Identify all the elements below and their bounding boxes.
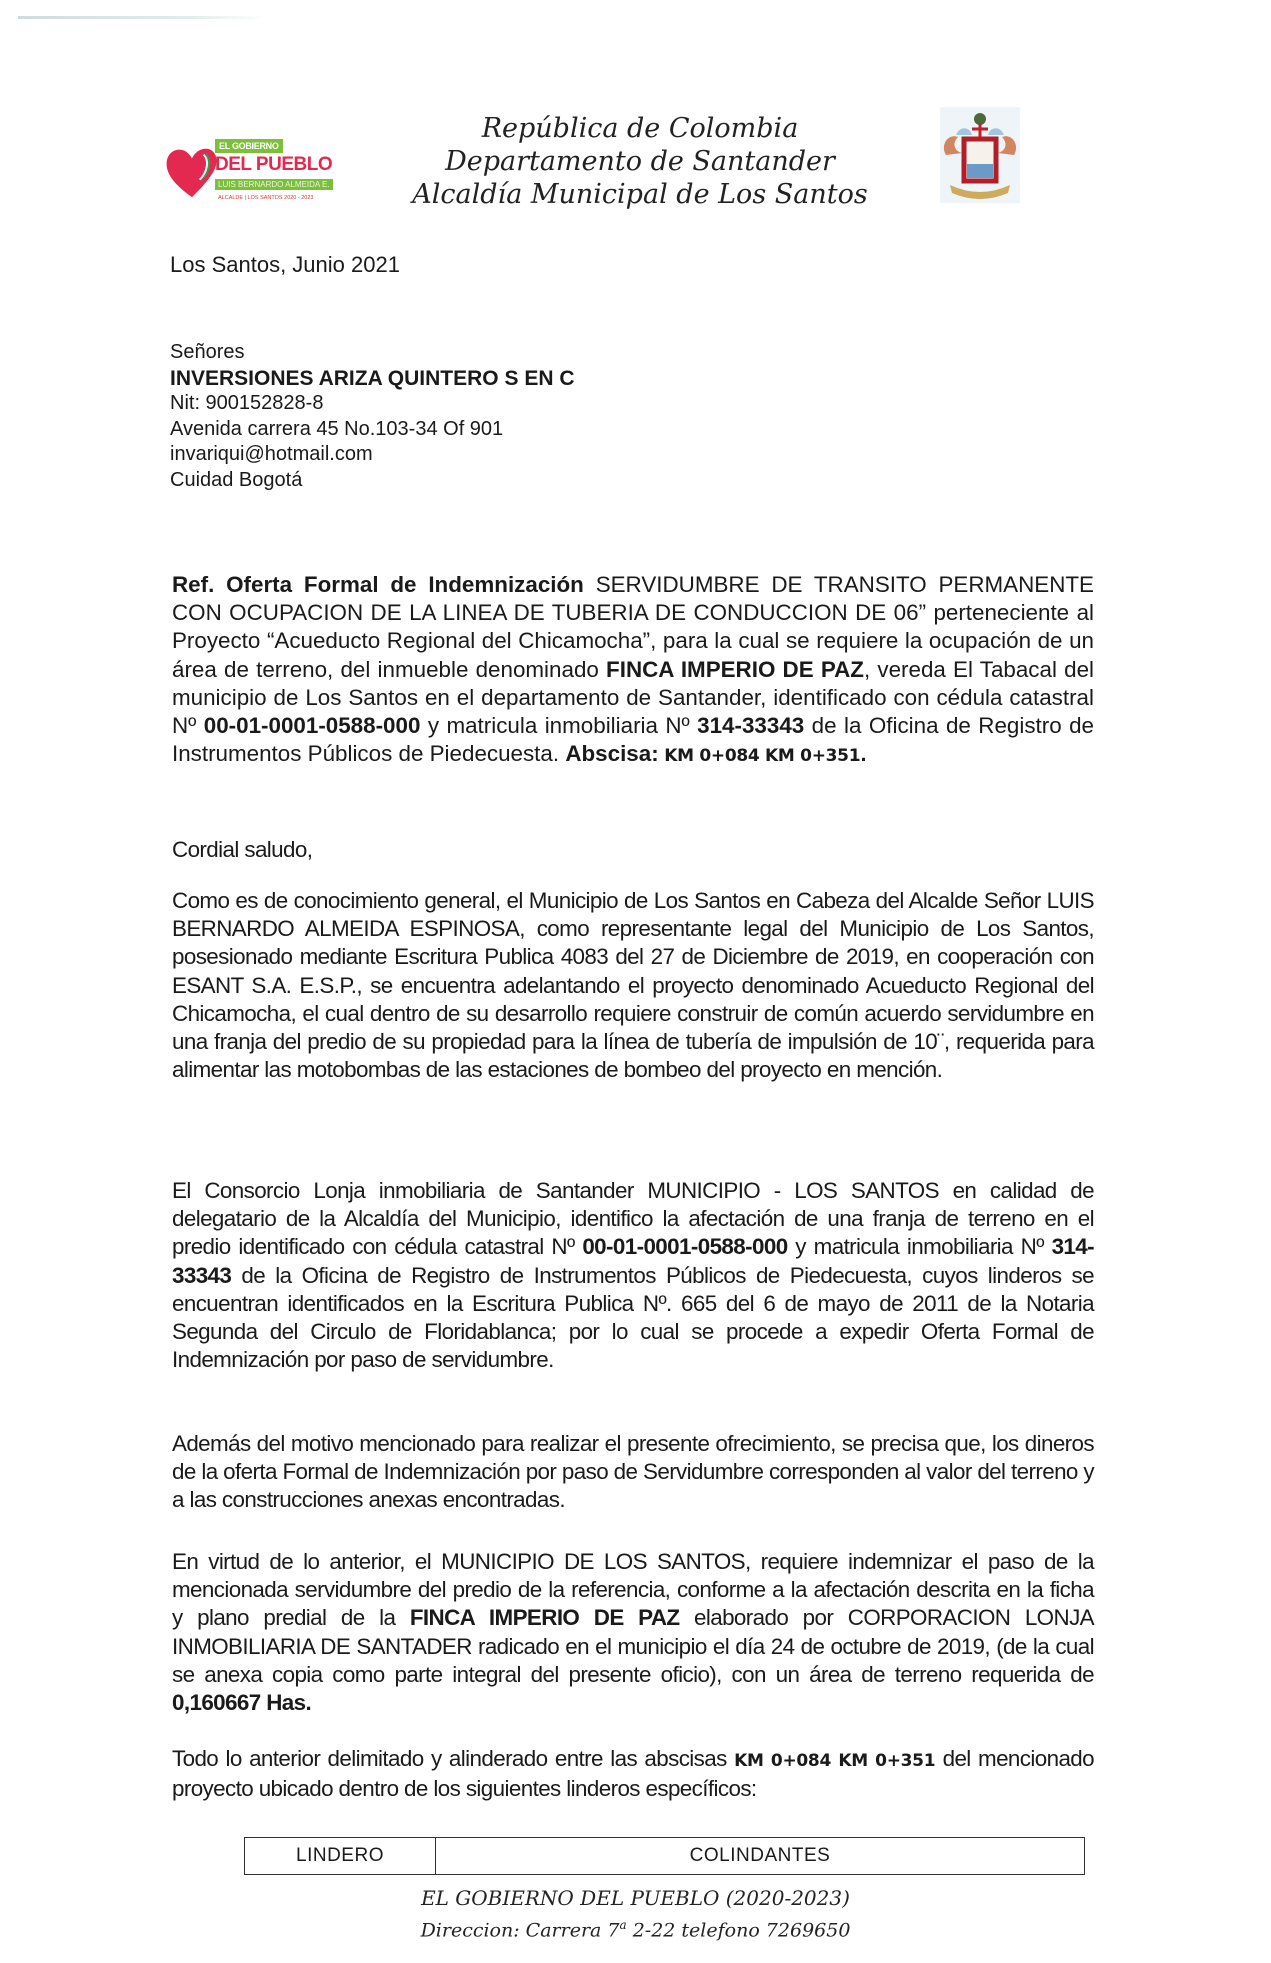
cadastral-number: 00-01-0001-0588-000 [582,1234,787,1259]
paragraph-text: Todo lo anterior delimitado y alinderado… [172,1746,734,1771]
matricula-number: 314-33343 [697,713,804,738]
logo-mayor-name: LUIS BERNARDO ALMEIDA E. [215,179,333,190]
abscisa-value: KM 0+084 KM 0+351 [734,1751,935,1771]
table-header-row: LINDERO COLINDANTES [245,1838,1085,1875]
recipient-email[interactable]: invariqui@hotmail.com [170,442,575,468]
reference-label: Ref. Oferta Formal de Indemnización [172,572,584,597]
footer-slogan: EL GOBIERNO DEL PUEBLO (2020-2023) [0,1886,1271,1910]
logo-main-text: DEL PUEBLO [215,154,332,176]
paragraph-linderos: Todo lo anterior delimitado y alinderado… [172,1745,1094,1803]
area-value: 0,160667 Has. [172,1690,311,1715]
logo-subtitle: ALCALDE | LOS SANTOS 2020 - 2023 [218,195,314,201]
coat-of-arms-icon [938,105,1022,205]
campaign-logo: EL GOBIERNO DEL PUEBLO LUIS BERNARDO ALM… [163,135,333,215]
recipient-address: Avenida carrera 45 No.103-34 Of 901 [170,417,575,443]
paragraph-project: Como es de conocimiento general, el Muni… [172,887,1094,1084]
property-name: FINCA IMPERIO DE PAZ [410,1605,680,1630]
footer-phone: 2-22 telefono 7269650 [627,1919,851,1941]
property-name: FINCA IMPERIO DE PAZ [606,657,864,682]
recipient-city: Cuidad Bogotá [170,468,575,494]
footer-address-text: Direccion: Carrera 7 [421,1919,620,1941]
column-header-lindero: LINDERO [245,1838,436,1875]
scan-artifact-line [18,16,268,19]
recipient-nit: Nit: 900152828-8 [170,391,575,417]
paragraph-virtud: En virtud de lo anterior, el MUNICIPIO D… [172,1548,1094,1717]
date-line: Los Santos, Junio 2021 [170,252,400,278]
abscisa-value: KM 0+084 KM 0+351. [659,746,867,766]
footer-address-sup: a [620,1918,627,1932]
abscisa-label: Abscisa: [565,741,658,766]
column-header-colindantes: COLINDANTES [436,1838,1085,1875]
paragraph-motivo: Además del motivo mencionado para realiz… [172,1430,1094,1515]
letterhead-line-2: Departamento de Santander [380,145,900,178]
recipient-name: INVERSIONES ARIZA QUINTERO S EN C [170,366,575,392]
recipient-block: Señores INVERSIONES ARIZA QUINTERO S EN … [170,340,575,493]
reference-paragraph: Ref. Oferta Formal de Indemnización SERV… [172,571,1094,770]
footer-address: Direccion: Carrera 7a 2-22 telefono 7269… [0,1918,1271,1941]
reference-text: y matricula inmobiliaria Nº [420,713,697,738]
letterhead: República de Colombia Departamento de Sa… [380,112,900,211]
cadastral-number: 00-01-0001-0588-000 [204,713,421,738]
paragraph-text: y matricula inmobiliaria Nº [788,1234,1052,1259]
paragraph-consorcio: El Consorcio Lonja inmobiliaria de Santa… [172,1177,1094,1374]
heart-icon [163,143,221,201]
logo-tag: EL GOBIERNO [215,139,283,153]
linderos-table: LINDERO COLINDANTES [244,1837,1085,1875]
greeting: Cordial saludo, [172,836,1094,864]
recipient-salutation: Señores [170,340,575,366]
paragraph-text: de la Oficina de Registro de Instrumento… [172,1263,1094,1373]
letterhead-line-3: Alcaldía Municipal de Los Santos [380,178,900,211]
letterhead-line-1: República de Colombia [380,112,900,145]
